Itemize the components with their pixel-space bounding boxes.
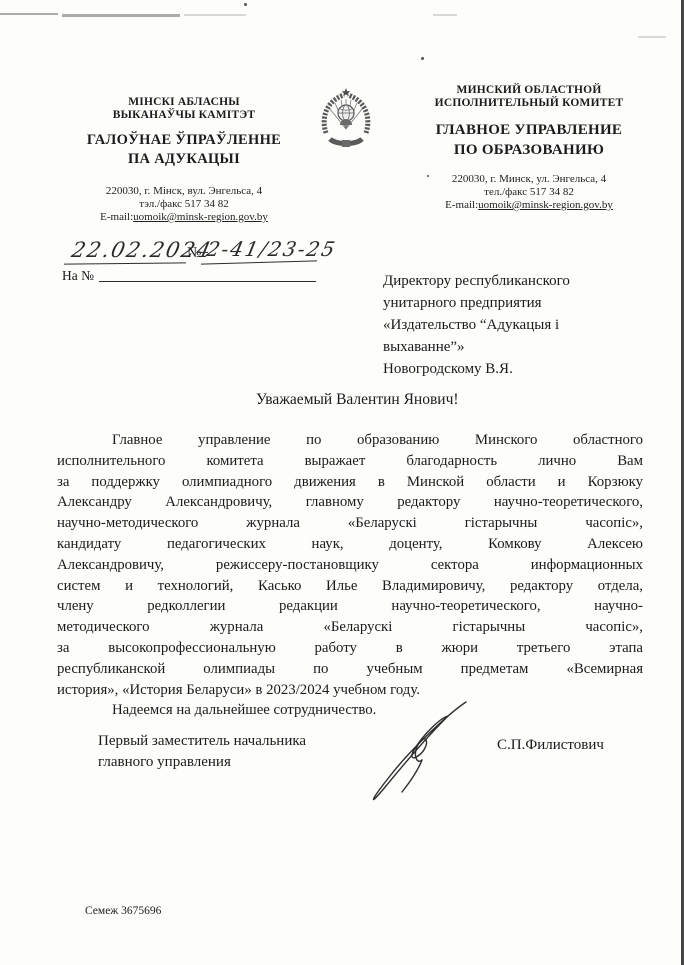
- body-line: исполнительного комитета выражает благод…: [57, 451, 643, 472]
- scan-speck: [244, 3, 247, 6]
- org-name-line: ИСПОЛНИТЕЛЬНЫЙ КОМИТЕТ: [394, 97, 664, 110]
- org-name-line: МИНСКИЙ ОБЛАСТНОЙ: [394, 84, 664, 97]
- body-line: Александру Александровичу, главному реда…: [57, 492, 643, 513]
- body-line: члену редколлегии редакции научно-теорет…: [57, 596, 643, 617]
- addressee-line: «Издательство “Адукацыя і: [383, 314, 658, 336]
- body-line: кандидату педагогических наук, доценту, …: [57, 534, 643, 555]
- scan-smudge: [62, 14, 180, 17]
- body-closing-line: Надеемся на дальнейшее сотрудничество.: [57, 700, 643, 721]
- letter-body: Главное управление по образованию Минско…: [57, 430, 643, 721]
- addressee-block: Директору республиканского унитарного пр…: [383, 270, 658, 380]
- date-underline: [64, 262, 186, 264]
- belarus-emblem-icon: [317, 87, 375, 149]
- addressee-line: выхаванне”»: [383, 336, 658, 358]
- department-name-line: ГЛАВНОЕ УПРАВЛЕНИЕ: [394, 120, 664, 140]
- signer-position-line: главного управления: [98, 752, 306, 773]
- scanned-letter-page: МІНСКІ АБЛАСНЫ ВЫКАНАЎЧЫ КАМІТЭТ ГАЛОЎНА…: [0, 0, 684, 965]
- email-line: E-mail:uomoik@minsk-region.gov.by: [58, 211, 310, 224]
- scan-smudge: [184, 14, 246, 16]
- department-name-line: ПА АДУКАЦЫІ: [58, 150, 310, 169]
- addressee-line: унитарного предприятия: [383, 292, 658, 314]
- department-name-line: ГАЛОЎНАЕ ЎПРАЎЛЕННЕ: [58, 131, 310, 150]
- salutation: Уважаемый Валентин Янович!: [256, 391, 459, 409]
- signer-position: Первый заместитель начальника главного у…: [98, 731, 306, 773]
- body-line: республиканской олимпиады по учебным пре…: [57, 659, 643, 680]
- body-line: систем и технологий, Касько Илье Владими…: [57, 576, 643, 597]
- addressee-line: Директору республиканского: [383, 270, 658, 292]
- handwritten-signature: [352, 698, 470, 808]
- email-label: E-mail:: [445, 199, 478, 211]
- email-address: uomoik@minsk-region.gov.by: [133, 211, 268, 223]
- email-address: uomoik@minsk-region.gov.by: [478, 199, 613, 211]
- number-underline: [201, 260, 317, 264]
- signer-name: С.П.Филистович: [497, 737, 604, 754]
- number-sign: №: [187, 245, 201, 262]
- body-line: научно-методического журнала «Беларускі …: [57, 513, 643, 534]
- addressee-line: Новогродскому В.Я.: [383, 358, 658, 380]
- letterhead-right: МИНСКИЙ ОБЛАСТНОЙ ИСПОЛНИТЕЛЬНЫЙ КОМИТЕТ…: [394, 84, 664, 212]
- phone-line: тэл./факс 517 34 82: [58, 198, 310, 211]
- scan-speck: [421, 57, 424, 60]
- address-line: 220030, г. Мінск, вул. Энгельса, 4: [58, 185, 310, 198]
- org-name-line: МІНСКІ АБЛАСНЫ: [58, 96, 310, 109]
- body-line: Александровичу, режиссеру-постановщику с…: [57, 555, 643, 576]
- signer-position-line: Первый заместитель начальника: [98, 731, 306, 752]
- department-name-line: ПО ОБРАЗОВАНИЮ: [394, 140, 664, 160]
- handwritten-number: 2-41/23-25: [204, 237, 338, 261]
- reply-reference-label: На №: [62, 268, 94, 284]
- body-line: Главное управление по образованию Минско…: [57, 430, 643, 451]
- email-line: E-mail:uomoik@minsk-region.gov.by: [394, 199, 664, 212]
- email-label: E-mail:: [100, 211, 133, 223]
- org-name-line: ВЫКАНАЎЧЫ КАМІТЭТ: [58, 109, 310, 122]
- body-line: за поддержку олимпиадного движения в Мин…: [57, 472, 643, 493]
- scan-smudge: [0, 13, 58, 15]
- letterhead-left: МІНСКІ АБЛАСНЫ ВЫКАНАЎЧЫ КАМІТЭТ ГАЛОЎНА…: [58, 96, 310, 224]
- scan-smudge: [433, 14, 457, 16]
- body-line: за высокопрофессиональную работу в жюри …: [57, 638, 643, 659]
- body-line: история», «История Беларуси» в 2023/2024…: [57, 680, 643, 701]
- reply-reference-underline: [99, 281, 316, 282]
- phone-line: тел./факс 517 34 82: [394, 186, 664, 199]
- scan-smudge: [638, 36, 666, 38]
- address-line: 220030, г. Минск, ул. Энгельса, 4: [394, 173, 664, 186]
- body-line: методического журнала «Беларускі гістары…: [57, 617, 643, 638]
- footer-reference: Семеж 3675696: [85, 905, 161, 917]
